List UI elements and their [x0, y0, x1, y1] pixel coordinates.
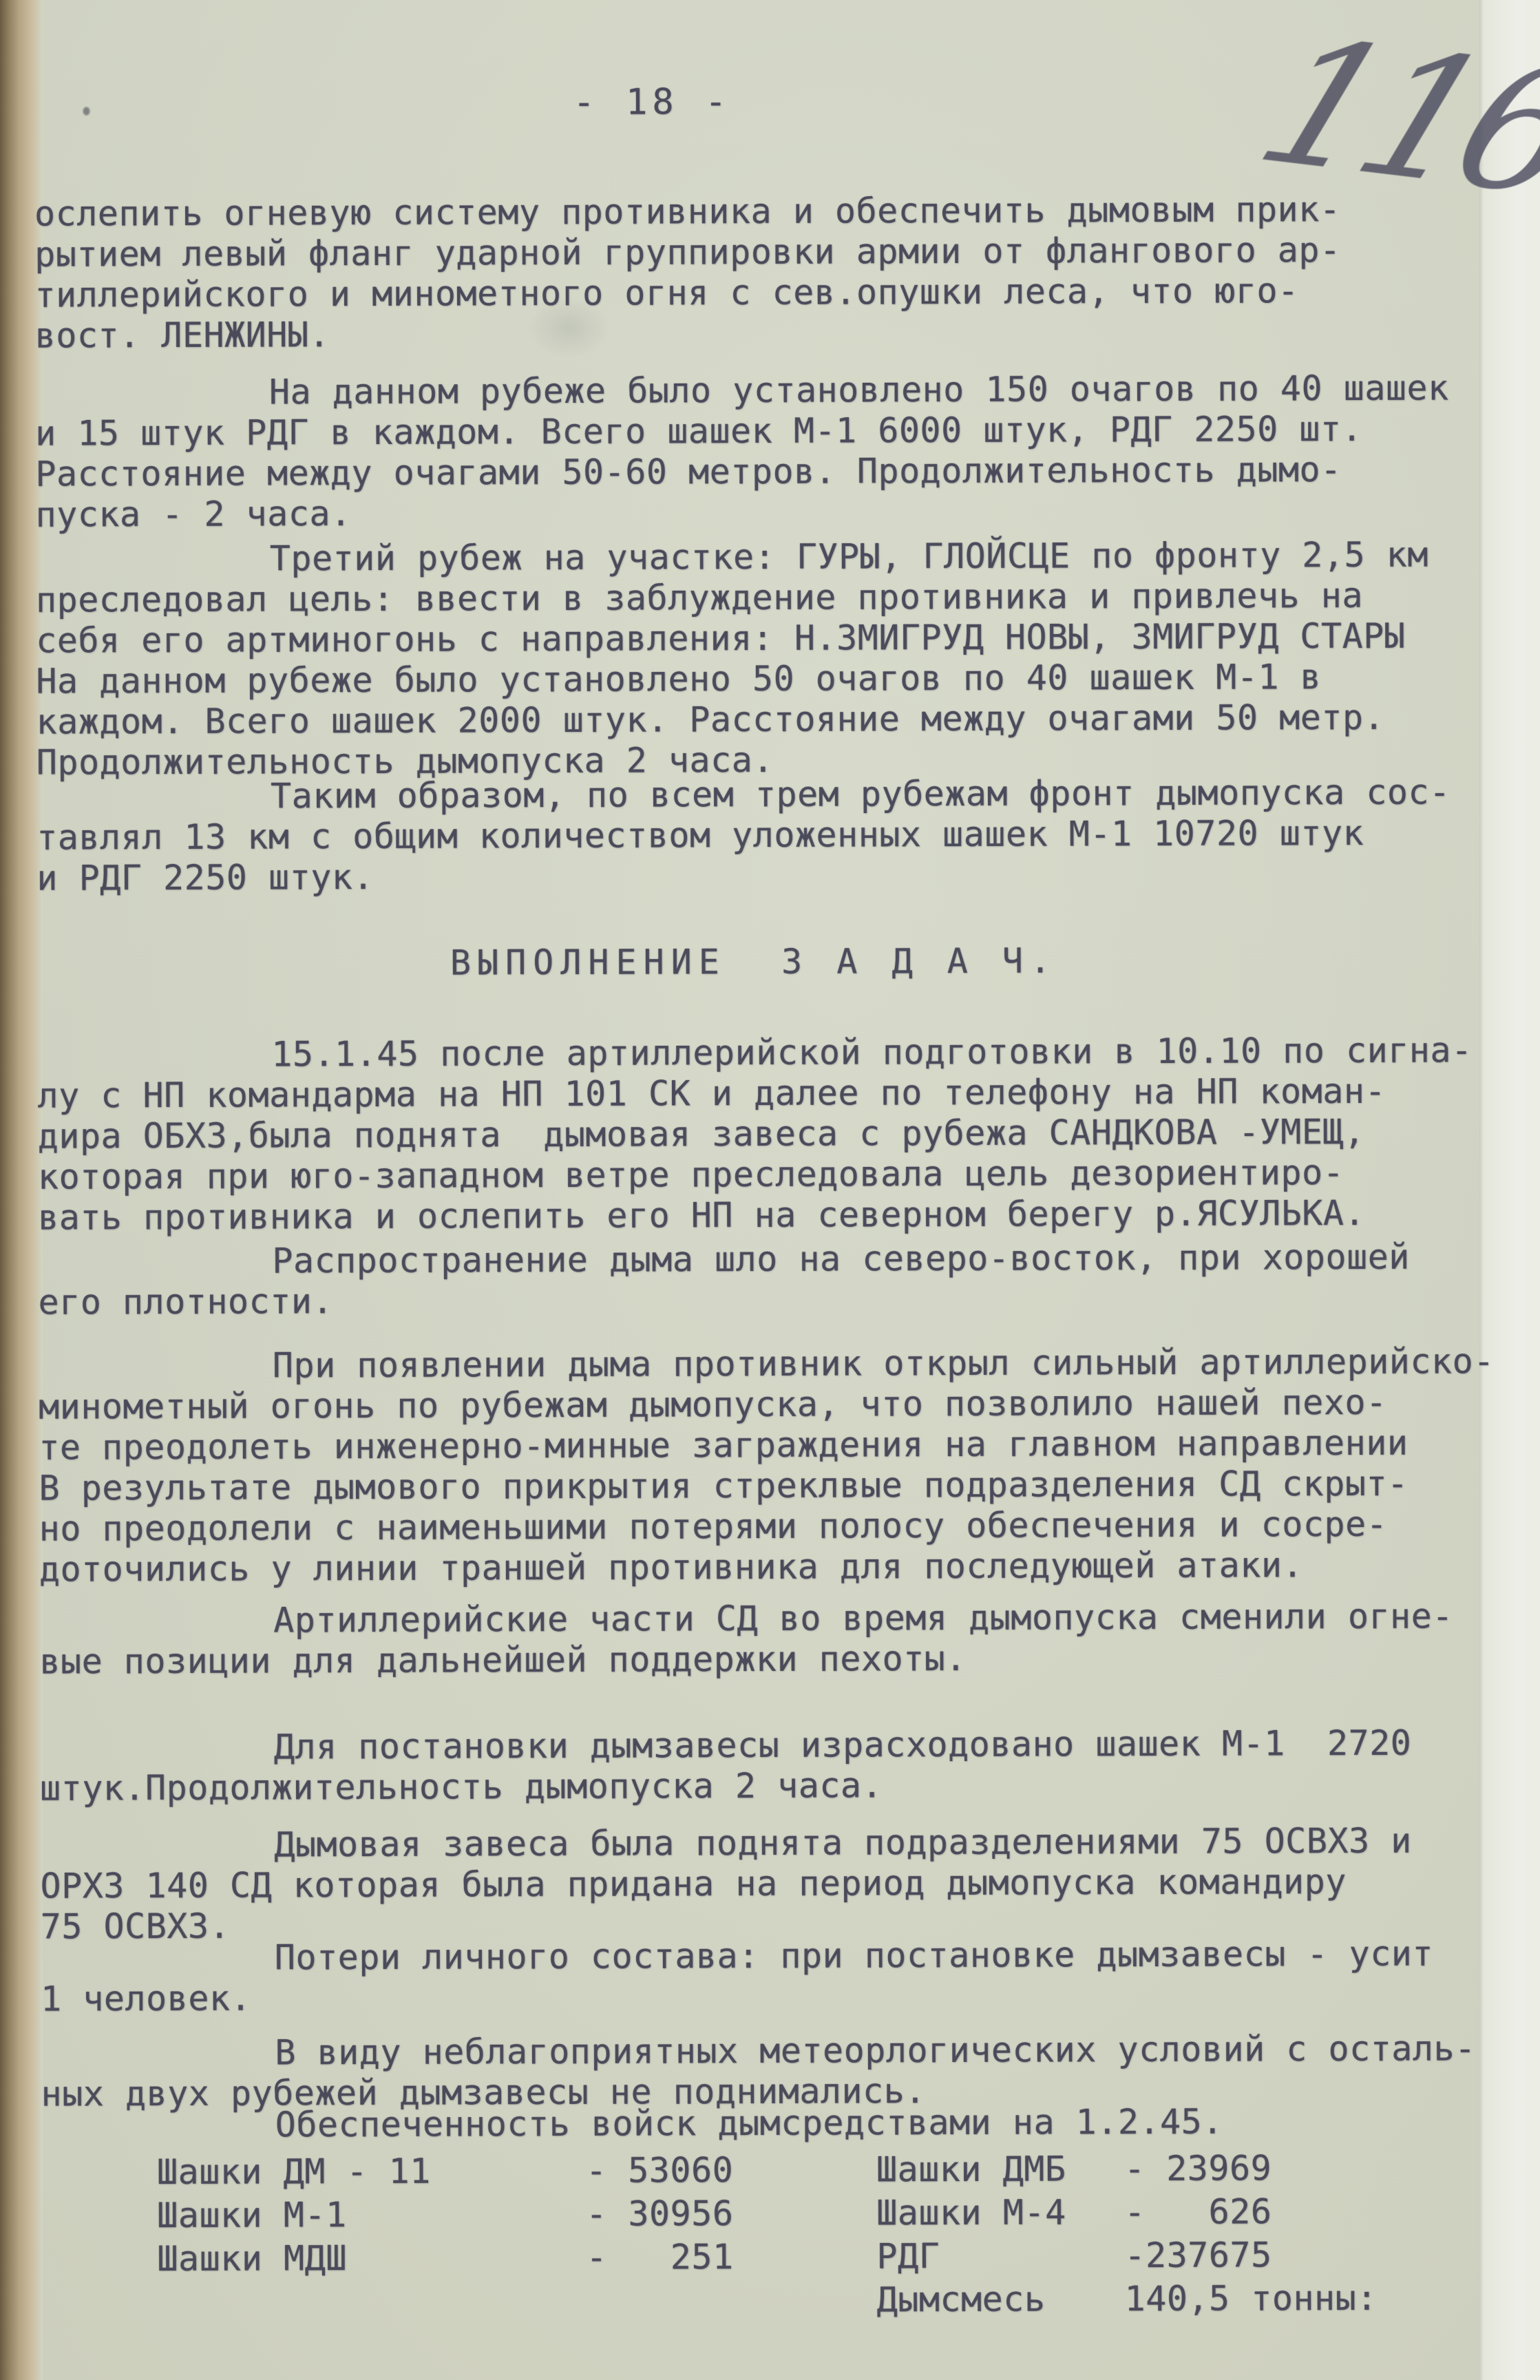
supply-availability-intro: Обеспеченность войск дымсредствами на 1.… — [41, 2100, 1480, 2146]
table-cell-label: Дымсмесь — [877, 2279, 1046, 2320]
table-row: Шашки МДШ - 251 РДГ -237675 — [3, 2235, 1442, 2281]
ink-speck — [83, 107, 90, 115]
table-cell-value: -237675 — [1124, 2235, 1272, 2275]
paragraph-5: 15.1.45 после артиллерийской подготовки … — [37, 1030, 1477, 1238]
paragraph-2: На данном рубеже было установлено 150 оч… — [35, 368, 1475, 535]
table-row: Шашки ДМ - 11 - 53060 Шашки ДМБ - 23969 — [3, 2148, 1442, 2194]
paragraph-4: Таким образом, по всем трем рубежам фрон… — [36, 772, 1476, 898]
table-cell-value: - 30956 — [586, 2193, 733, 2234]
page-content: - 18 - 116 ослепить огневую систему прот… — [0, 0, 1540, 2380]
page-number: - 18 - — [573, 81, 731, 123]
paragraph-1: ослепить огневую систему противника и об… — [34, 189, 1474, 356]
table-cell-label: Шашки МДШ — [157, 2238, 347, 2279]
paragraph-3: Третий рубеж на участке: ГУРЫ, ГЛОЙСЦЕ п… — [36, 534, 1475, 783]
table-cell-value: - 53060 — [586, 2150, 733, 2191]
paragraph-8: Артиллерийские части СД во время дымопус… — [39, 1596, 1478, 1682]
table-cell-value: - 251 — [586, 2237, 733, 2277]
paragraph-6: Распространение дыма шло на северо-восто… — [38, 1236, 1477, 1323]
paragraph-7: При появлении дыма противник открыл силь… — [39, 1341, 1478, 1590]
table-cell-label: Шашки ДМ - 11 — [157, 2151, 431, 2192]
table-cell-value: - 626 — [1124, 2191, 1272, 2232]
paragraph-10: Дымовая завеса была поднята подразделени… — [40, 1820, 1479, 1947]
scanned-document-page: - 18 - 116 ослепить огневую систему прот… — [0, 0, 1540, 2380]
table-cell-label: РДГ — [876, 2236, 940, 2276]
table-cell-label: Шашки М-4 — [876, 2193, 1066, 2233]
supply-table: Шашки ДМ - 11 - 53060 Шашки ДМБ - 23969 … — [0, 0, 1536, 3]
table-cell-value: - 23969 — [1124, 2148, 1272, 2189]
section-heading: ВЫПОЛНЕНИЕ З А Д А Ч. — [450, 941, 1057, 983]
table-row: Дымсмесь 140,5 тонны: — [4, 2278, 1443, 2324]
paragraph-11: Потери личного состава: при постановке д… — [41, 1933, 1479, 2019]
table-cell-label: Шашки ДМБ — [876, 2149, 1066, 2190]
table-cell-label: Шашки М-1 — [157, 2195, 347, 2235]
paragraph-9: Для постановки дымзавесы израсходовано ш… — [40, 1723, 1479, 1809]
table-cell-value: 140,5 тонны: — [1125, 2278, 1378, 2319]
table-row: Шашки М-1 - 30956 Шашки М-4 - 626 — [3, 2191, 1442, 2237]
